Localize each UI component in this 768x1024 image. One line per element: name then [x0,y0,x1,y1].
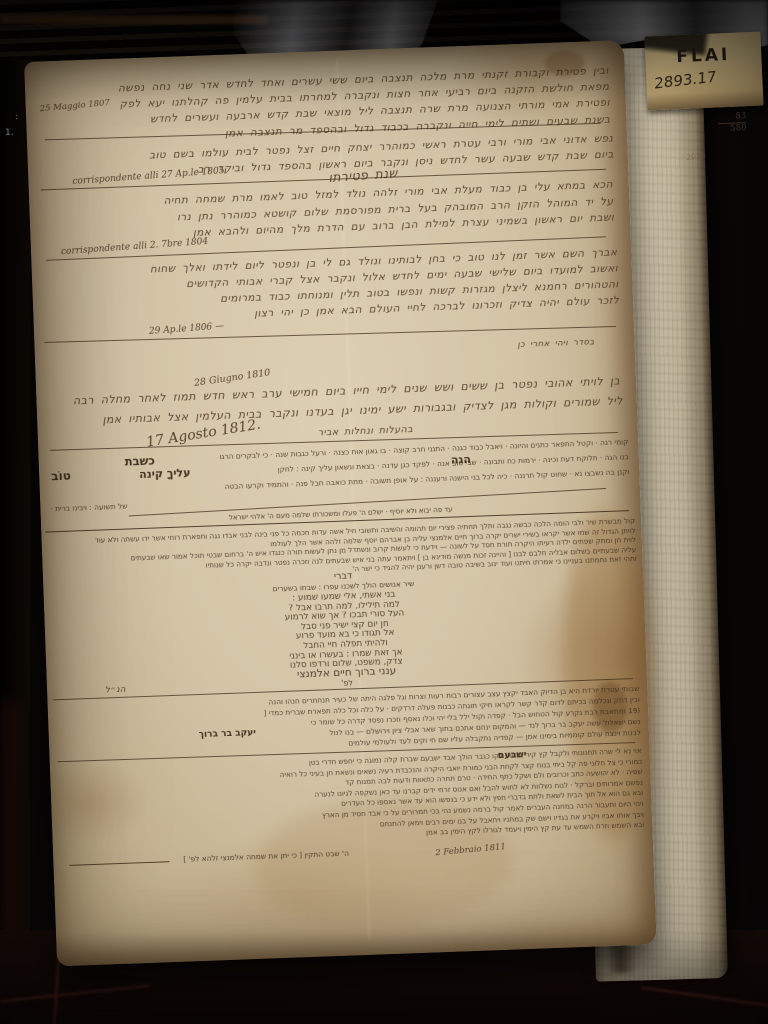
manuscript-page: ובין פטירת וקבורת זקנתי מרת מלכה תנצבה ב… [24,40,657,966]
shelf-mark-note: FLAI 2893.17 [644,32,763,111]
entry-5-heading: בסדר ויהי אחרי כן [517,337,595,350]
eulogy-paragraph-3: אוי נא לי שרה תחנונותי ולקבל קץ קיר מחות… [58,746,645,852]
memorial-poem: בני אשתי, אלי שמעו שמוע :למה תילילו, למה… [194,587,497,675]
emphasized-word: כשבת [124,453,155,468]
emphasized-word: ישבעם [498,749,527,761]
emphasized-word: טוֹב [51,469,71,484]
entry-6-note: בהעלות ונחלות אביר [318,424,414,438]
tile-grout-line [0,984,149,1003]
emphasized-name: יעקב בר ברוך [199,728,256,740]
floor-glow [0,700,18,950]
emphasized-word: עליךָ קינה [139,466,191,481]
margin-mark: : [15,112,18,121]
margin-gloss: הנ״ל [105,685,126,696]
emphasized-word: הגה [451,453,471,467]
closing-dash [69,861,169,866]
margin-mark: 1. [5,128,14,138]
manuscript-line: 83 [700,111,746,124]
pencil-total: 580 [718,122,746,135]
wood-slat-highlight [0,15,268,24]
tile-grout-line [53,955,61,1024]
tile-grout-line [640,986,768,1007]
photograph-of-hebrew-manuscript: ובין פטירת וקבורת זקנתי מרת מלכה תנצבה ב… [0,0,768,1024]
